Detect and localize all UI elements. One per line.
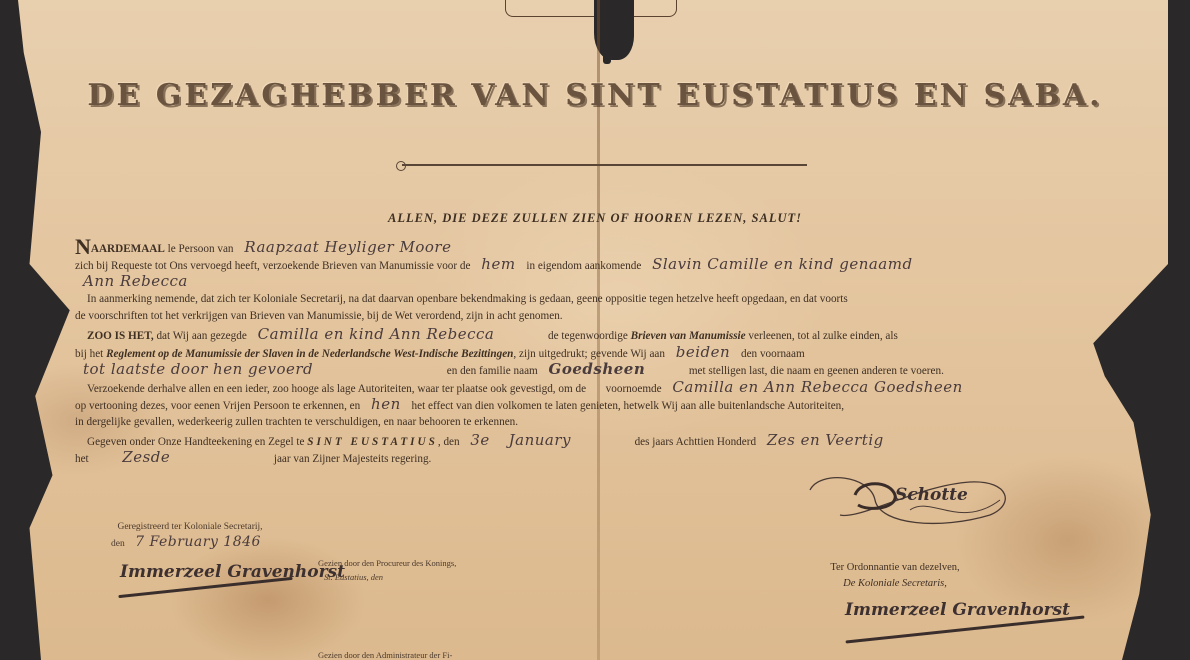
handwritten-month: January bbox=[501, 431, 579, 449]
print-text: , zijn uitgedrukt; gevende Wij aan bbox=[513, 348, 665, 360]
registration-signature: Immerzeel Gravenhorst bbox=[120, 562, 345, 582]
paragraph-4-line-2: op vertooning dezes, voor eenen Vrijen P… bbox=[75, 396, 1080, 414]
print-text: bij het bbox=[75, 348, 103, 360]
print-text: voornoemde bbox=[606, 383, 662, 395]
paragraph-5-line-1: Gegeven onder Onze Handteekening en Zege… bbox=[75, 432, 1080, 450]
handwritten-hen: hen bbox=[363, 395, 409, 413]
paragraph-1-line-1: NAARDEMAAL le Persoon van Raapzaat Heyli… bbox=[75, 238, 1080, 256]
gezien-line-2: St. Eustatius, den bbox=[318, 570, 456, 584]
paragraph-1-line-3: Ann Rebecca bbox=[75, 273, 1080, 291]
handwritten-beiden: beiden bbox=[668, 343, 738, 361]
handwritten-pronoun: hem bbox=[473, 255, 523, 273]
handwritten-reign-year: Zesde bbox=[114, 448, 178, 466]
place-name: SINT EUSTATIUS bbox=[307, 436, 438, 448]
crest-banner-ornament bbox=[505, 0, 677, 17]
paragraph-3-line-3: tot laatste door hen gevoerd en den fami… bbox=[75, 361, 1080, 379]
registration-den: den bbox=[111, 539, 125, 549]
handwritten-day: 3e bbox=[462, 431, 497, 449]
print-text: met stelligen last, die naam en geenen a… bbox=[689, 365, 944, 377]
handwritten-registration-date: 7 February 1846 bbox=[127, 534, 269, 550]
italic-text: Reglement op de Manumissie der Slaven in… bbox=[106, 348, 513, 360]
ordonnantie-block: Ter Ordonnantie van dezelven, De Kolonia… bbox=[800, 560, 990, 592]
torn-hole-tear bbox=[603, 40, 611, 64]
print-text: den voornaam bbox=[741, 348, 805, 360]
handwritten-owner-name: Raapzaat Heyliger Moore bbox=[236, 238, 459, 256]
print-text: le Persoon van bbox=[168, 243, 234, 255]
print-text: , den bbox=[438, 436, 460, 448]
gezien-administrateur: Gezien door den Administrateur der Fi- bbox=[318, 650, 452, 660]
print-text: Gegeven onder Onze Handteekening en Zege… bbox=[87, 436, 304, 448]
paragraph-3-line-1: ZOO IS HET, dat Wij aan gezegde Camilla … bbox=[75, 326, 1080, 344]
print-text: des jaars Achttien Honderd bbox=[635, 436, 756, 448]
print-text: in eigendom aankomende bbox=[526, 260, 641, 272]
handwritten-child-name: Ann Rebecca bbox=[75, 272, 196, 290]
print-text: en den familie naam bbox=[447, 365, 538, 377]
governor-signature: Schotte bbox=[895, 485, 968, 505]
ornamental-rule bbox=[402, 164, 807, 166]
secretary-signature: Immerzeel Gravenhorst bbox=[845, 600, 1070, 620]
handwritten-full-names: Camilla en Ann Rebecca Goedsheen bbox=[664, 378, 970, 396]
print-text: het effect van dien volkomen te laten ge… bbox=[412, 400, 845, 412]
ordonnantie-line-2: De Koloniale Secretaris, bbox=[800, 576, 990, 592]
handwritten-year: Zes en Veertig bbox=[759, 431, 892, 449]
paragraph-4-line-3: in dergelijke gevallen, wederkeerig zull… bbox=[75, 414, 1080, 432]
registration-label: Geregistreerd ter Koloniale Secretarij, bbox=[90, 520, 290, 535]
lead-word: AARDEMAAL bbox=[91, 243, 165, 255]
paragraph-2-line-2: de voorschriften tot het verkrijgen van … bbox=[75, 308, 1080, 326]
handwritten-forename-note: tot laatste door hen gevoerd bbox=[75, 360, 321, 378]
gezien-line-1: Gezien door den Procureur des Konings, bbox=[318, 556, 456, 570]
paragraph-4-line-1: Verzoekende derhalve allen en een ieder,… bbox=[75, 379, 1080, 397]
print-text: Verzoekende derhalve allen en een ieder,… bbox=[87, 383, 586, 395]
governor-signature-flourish bbox=[800, 470, 1020, 540]
ordonnantie-line-1: Ter Ordonnantie van dezelven, bbox=[800, 560, 990, 576]
print-text: de tegenwoordige bbox=[548, 330, 628, 342]
document-title: DE GEZAGHEBBER VAN SINT EUSTATIUS EN SAB… bbox=[0, 78, 1190, 113]
print-text: dat Wij aan gezegde bbox=[156, 330, 246, 342]
print-text: zich bij Requeste tot Ons vervoegd heeft… bbox=[75, 260, 470, 272]
paragraph-2-line-1: In aanmerking nemende, dat zich ter Kolo… bbox=[75, 291, 1080, 309]
handwritten-slave-names: Slavin Camille en kind genaamd bbox=[644, 255, 920, 273]
document-body: NAARDEMAAL le Persoon van Raapzaat Heyli… bbox=[75, 238, 1080, 467]
print-text: op vertooning dezes, voor eenen Vrijen P… bbox=[75, 400, 360, 412]
paragraph-3-line-2: bij het Reglement op de Manumissie der S… bbox=[75, 344, 1080, 362]
print-text: het bbox=[75, 453, 89, 465]
gezien-procureur-block: Gezien door den Procureur des Konings, S… bbox=[318, 556, 456, 584]
handwritten-surname: Goedsheen bbox=[541, 360, 654, 378]
print-text: verleenen, tot al zulke einden, als bbox=[748, 330, 897, 342]
handwritten-names: Camilla en kind Ann Rebecca bbox=[250, 325, 503, 343]
torn-hole bbox=[594, 0, 634, 60]
italic-text: Brieven van Manumissie bbox=[631, 330, 746, 342]
paragraph-1-line-2: zich bij Requeste tot Ons vervoegd heeft… bbox=[75, 256, 1080, 274]
paragraph-5-line-2: het Zesde jaar van Zijner Majesteits reg… bbox=[75, 449, 1080, 467]
print-text: jaar van Zijner Majesteits regering. bbox=[274, 453, 432, 465]
lead-word: ZOO IS HET, bbox=[87, 330, 154, 342]
salutation: ALLEN, DIE DEZE ZULLEN ZIEN OF HOOREN LE… bbox=[0, 211, 1190, 226]
registration-block: Geregistreerd ter Koloniale Secretarij, … bbox=[90, 520, 290, 552]
